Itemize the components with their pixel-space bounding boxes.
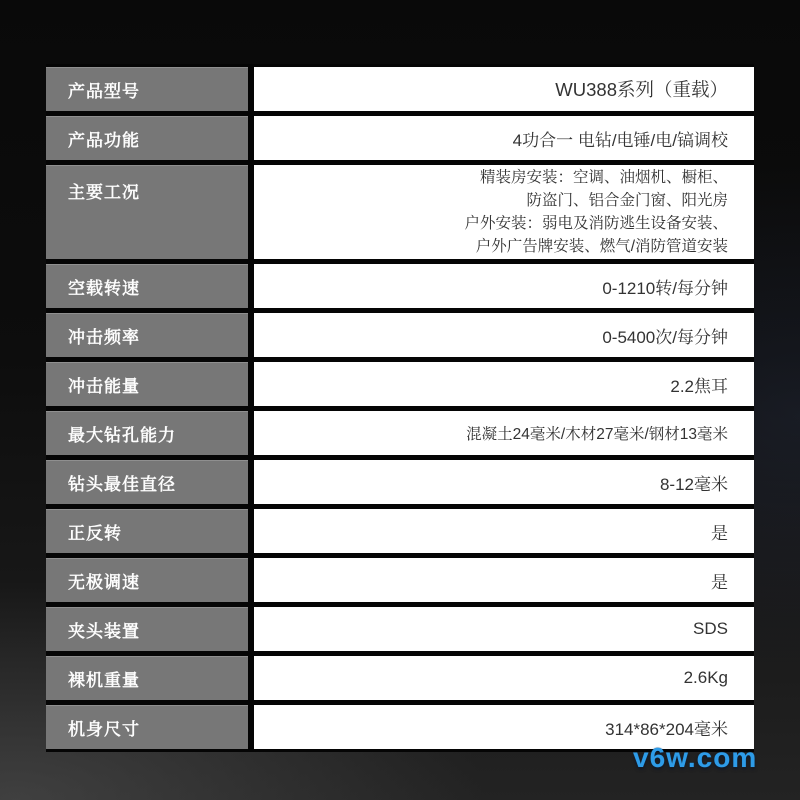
spec-value: 2.6Kg <box>254 656 754 700</box>
spec-row: 最大钻孔能力混凝土24毫米/木材27毫米/钢材13毫米 <box>46 411 754 455</box>
spec-table: 产品型号WU388系列（重载）产品功能4功合一 电钻/电锤/电/镐调校主要工况精… <box>46 64 754 752</box>
spec-label: 裸机重量 <box>46 656 248 700</box>
spec-row: 夹头装置SDS <box>46 607 754 651</box>
spec-label: 夹头装置 <box>46 607 248 651</box>
spec-row: 冲击能量2.2焦耳 <box>46 362 754 406</box>
spec-value: SDS <box>254 607 754 651</box>
spec-row: 裸机重量2.6Kg <box>46 656 754 700</box>
spec-label: 产品型号 <box>46 67 248 111</box>
spec-row: 产品型号WU388系列（重载） <box>46 67 754 111</box>
spec-label: 冲击频率 <box>46 313 248 357</box>
spec-value: 是 <box>254 558 754 602</box>
spec-label: 钻头最佳直径 <box>46 460 248 504</box>
spec-value: 是 <box>254 509 754 553</box>
spec-label: 无极调速 <box>46 558 248 602</box>
spec-value: WU388系列（重载） <box>254 67 754 111</box>
spec-row: 无极调速是 <box>46 558 754 602</box>
spec-label: 最大钻孔能力 <box>46 411 248 455</box>
spec-label: 空载转速 <box>46 264 248 308</box>
spec-value-line: 户外安装：弱电及消防逃生设备安装、 <box>464 212 728 235</box>
spec-value-line: 户外广告牌安装、燃气/消防管道安装 <box>476 235 728 258</box>
spec-row: 主要工况精装房安装：空调、油烟机、橱柜、防盗门、铝合金门窗、阳光房户外安装：弱电… <box>46 165 754 259</box>
spec-label: 产品功能 <box>46 116 248 160</box>
spec-value: 0-1210转/每分钟 <box>254 264 754 308</box>
spec-row: 钻头最佳直径8-12毫米 <box>46 460 754 504</box>
spec-value: 0-5400次/每分钟 <box>254 313 754 357</box>
spec-row: 正反转是 <box>46 509 754 553</box>
spec-value: 混凝土24毫米/木材27毫米/钢材13毫米 <box>254 411 754 455</box>
spec-label: 主要工况 <box>46 165 248 259</box>
spec-value: 4功合一 电钻/电锤/电/镐调校 <box>254 116 754 160</box>
watermark: v6w.com <box>633 742 757 774</box>
spec-label: 机身尺寸 <box>46 705 248 749</box>
spec-value-line: 精装房安装：空调、油烟机、橱柜、 <box>480 166 728 189</box>
spec-row: 冲击频率0-5400次/每分钟 <box>46 313 754 357</box>
spec-value-line: 防盗门、铝合金门窗、阳光房 <box>526 189 728 212</box>
spec-value: 2.2焦耳 <box>254 362 754 406</box>
product-spec-sheet: 产品型号WU388系列（重载）产品功能4功合一 电钻/电锤/电/镐调校主要工况精… <box>0 0 800 800</box>
spec-value: 精装房安装：空调、油烟机、橱柜、防盗门、铝合金门窗、阳光房户外安装：弱电及消防逃… <box>254 165 754 259</box>
spec-row: 空载转速0-1210转/每分钟 <box>46 264 754 308</box>
spec-row: 产品功能4功合一 电钻/电锤/电/镐调校 <box>46 116 754 160</box>
spec-label: 冲击能量 <box>46 362 248 406</box>
spec-value: 8-12毫米 <box>254 460 754 504</box>
spec-label: 正反转 <box>46 509 248 553</box>
